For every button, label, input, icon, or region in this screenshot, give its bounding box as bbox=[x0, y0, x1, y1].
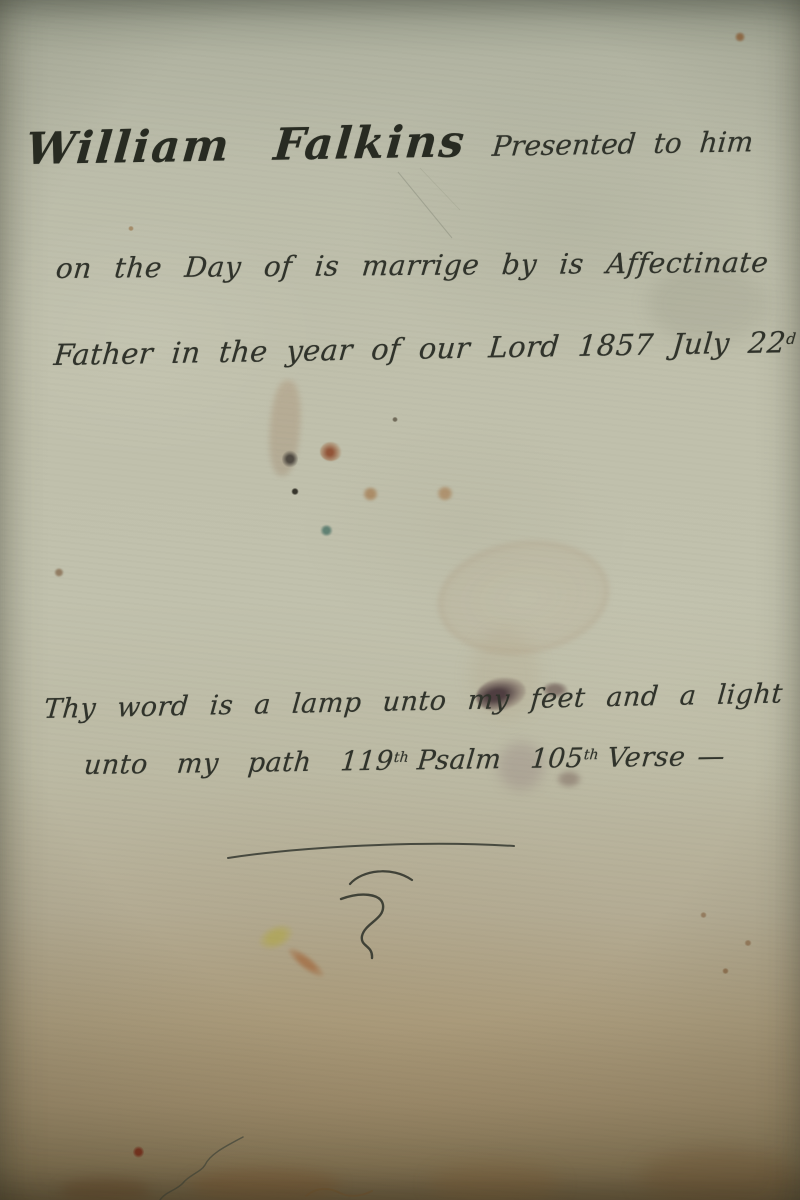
bottom-squiggle-stain bbox=[306, 1189, 372, 1196]
verse-line-1: Thy word is a lamp unto my feet and a li… bbox=[43, 678, 784, 725]
corner-fleck bbox=[734, 32, 746, 42]
underline-stroke bbox=[228, 844, 514, 858]
ordinal-superscript: th bbox=[393, 750, 409, 766]
small-speck bbox=[700, 912, 707, 918]
presentation-phrase: Presented to him bbox=[491, 125, 755, 163]
small-speck bbox=[128, 226, 134, 231]
ink-marks-layer bbox=[0, 0, 800, 1200]
verse-reference-part2: Psalm 105 bbox=[416, 743, 585, 776]
flourish-tail bbox=[341, 895, 383, 958]
brown-foxing-spot bbox=[436, 486, 454, 501]
dark-smudge-core bbox=[282, 450, 298, 468]
inscription-line-2: on the Day of is marrige by is Affectina… bbox=[54, 246, 770, 285]
flourish-arc bbox=[350, 871, 412, 884]
verse-reference-part3: Verse bbox=[606, 742, 687, 774]
paper-scratch bbox=[420, 168, 460, 210]
small-speck bbox=[744, 940, 752, 946]
trailing-dash: — bbox=[696, 741, 722, 772]
rust-streak bbox=[285, 944, 328, 981]
water-ring-stain bbox=[431, 531, 616, 665]
teal-speck bbox=[320, 525, 333, 536]
verse-line-2: unto my path 119thPsalm 105thVerse— bbox=[83, 741, 722, 781]
dark-red-dot bbox=[133, 1146, 144, 1158]
recipient-name: William Falkins bbox=[24, 116, 468, 175]
ink-speck bbox=[291, 488, 299, 495]
paper-scratch bbox=[398, 172, 452, 238]
yellow-stain bbox=[255, 919, 297, 954]
inscription-line-1: William Falkins Presented to him bbox=[24, 111, 756, 175]
verse-reference-part1: unto my path 119 bbox=[83, 746, 395, 781]
bottom-stain bbox=[60, 1178, 150, 1200]
ordinal-superscript: th bbox=[583, 747, 599, 763]
bottom-stain bbox=[190, 1168, 340, 1200]
paper-crack bbox=[160, 1137, 243, 1200]
bottom-stain bbox=[430, 1164, 560, 1200]
document-photo: William Falkins Presented to him on the … bbox=[0, 0, 800, 1200]
brown-dot bbox=[54, 568, 64, 577]
small-speck bbox=[722, 968, 729, 974]
brown-foxing-spot bbox=[362, 487, 379, 501]
date-phrase: Father in the year of our Lord 1857 July… bbox=[53, 325, 788, 372]
rust-spot bbox=[320, 442, 342, 461]
inscription-line-3: Father in the year of our Lord 1857 July… bbox=[53, 324, 800, 372]
small-speck bbox=[392, 417, 398, 422]
bottom-stain bbox=[640, 1150, 800, 1200]
ink-smudge-stain bbox=[267, 379, 304, 477]
date-ordinal-superscript: d bbox=[785, 330, 796, 348]
